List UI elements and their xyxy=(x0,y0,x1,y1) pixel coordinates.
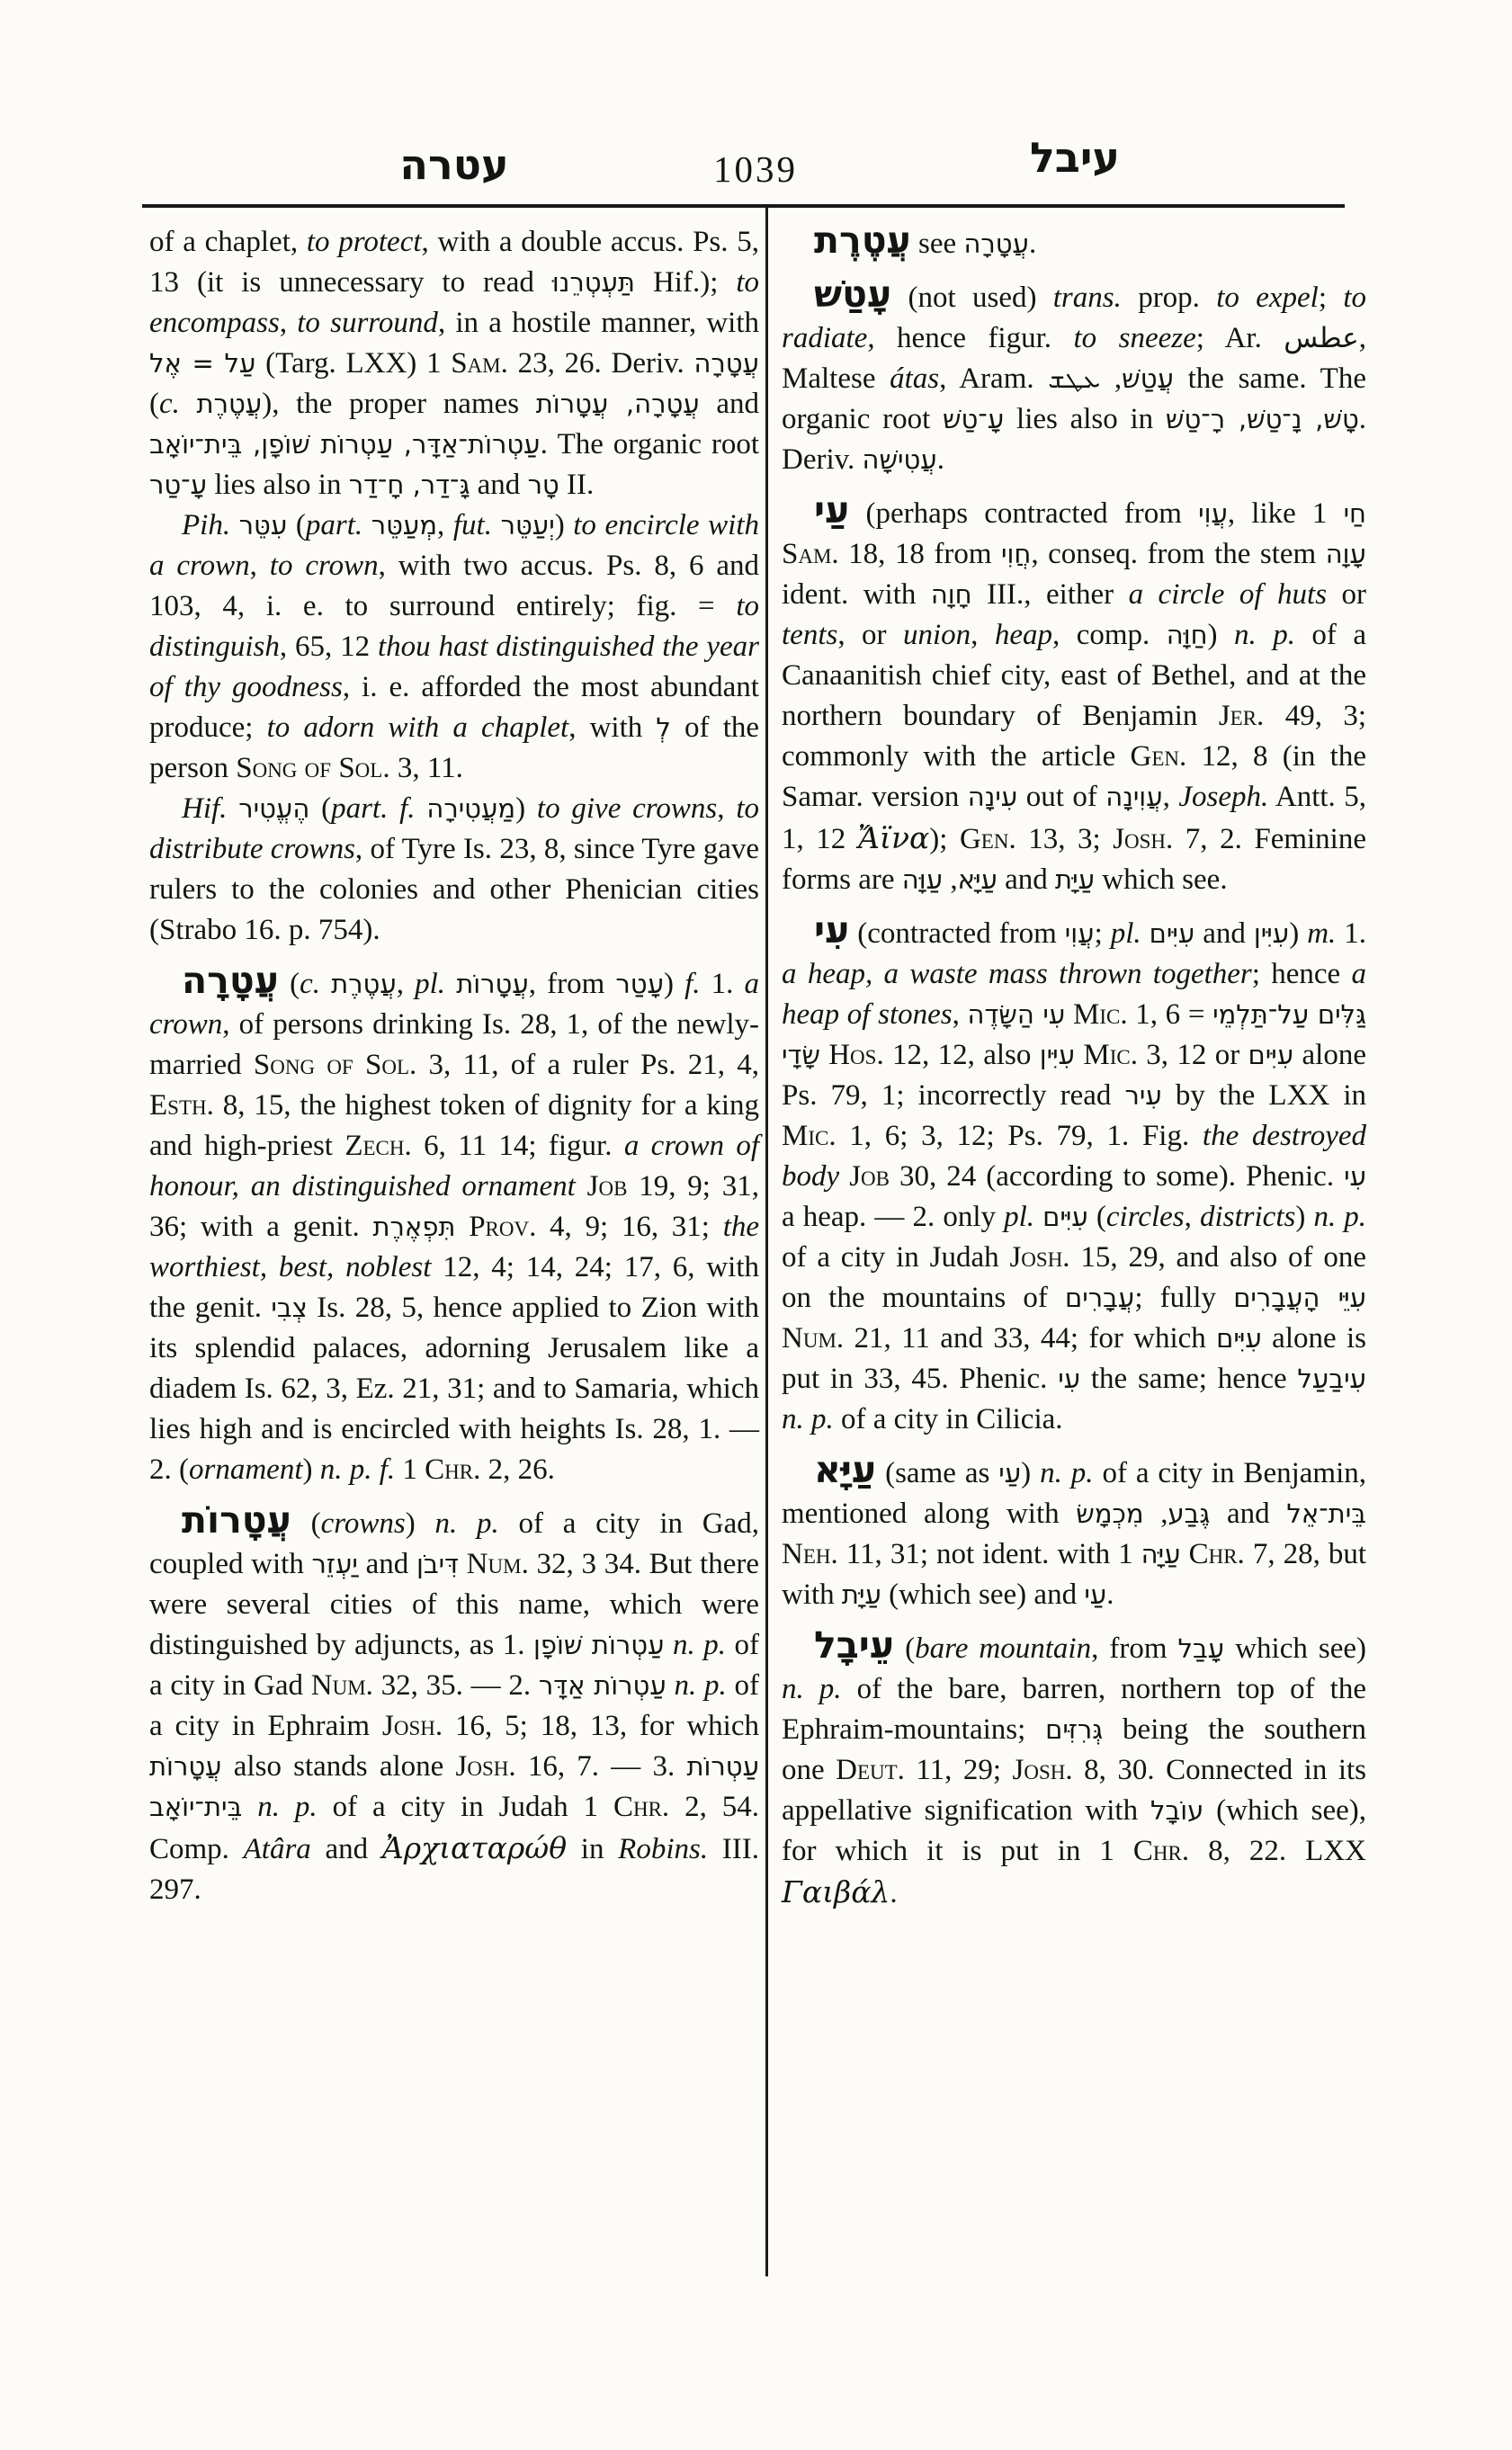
text-run: ( xyxy=(287,509,306,541)
hebrew-run: עִינָה xyxy=(968,782,1017,812)
text-run: ) xyxy=(1208,619,1234,651)
text-run xyxy=(362,509,371,541)
hebrew-run: עַיָּת xyxy=(842,1579,881,1610)
hebrew-run: גָּ־דַר, חָ־דַר xyxy=(349,469,470,500)
bible-ref: Num. xyxy=(782,1322,844,1355)
bible-ref: Song of Sol. xyxy=(236,752,389,784)
text-run: , 65, 12 xyxy=(280,630,378,663)
hebrew-run: דִּיבֹן xyxy=(416,1549,459,1579)
text-run: 11, 31; not ident. with xyxy=(838,1538,1118,1570)
italic-run: átas xyxy=(890,362,939,395)
text-run: ); xyxy=(929,823,960,855)
text-run xyxy=(230,509,239,541)
text-run xyxy=(1141,917,1150,950)
italic-run: pl. xyxy=(1004,1201,1034,1233)
text-run: 6, 11 14; figur. xyxy=(412,1130,624,1162)
text-run: , Aram. xyxy=(939,362,1048,395)
text-run: 4, 9; 16, 31; xyxy=(536,1211,722,1243)
hebrew-run: עֲוִינָה xyxy=(1105,782,1162,812)
hebrew-run: עַוָּה xyxy=(902,864,943,895)
paragraph: Pih. עִטֵּר (part. מְעַטֵּר, fut. יְעַטֵ… xyxy=(149,505,759,789)
text-run: , xyxy=(717,792,736,825)
text-run: 12, 12, also xyxy=(884,1039,1040,1071)
italic-run: c. xyxy=(159,388,180,420)
text-run: and xyxy=(358,1548,416,1580)
hebrew-run: עִטֵּר xyxy=(239,510,288,541)
bible-ref: Hos. xyxy=(828,1039,883,1071)
text-run: 2, 26. xyxy=(480,1453,555,1486)
hebrew-run: עֲטֶרֶת xyxy=(197,389,263,419)
text-run: 1. xyxy=(1336,917,1366,950)
hebrew-run: חֲוִי xyxy=(1001,539,1031,569)
italic-run: to expel xyxy=(1216,282,1319,314)
bible-ref: Song of Sol. xyxy=(254,1049,416,1081)
text-run: II. xyxy=(559,469,594,501)
hebrew-run: תִּפְאֶרֶת xyxy=(373,1212,456,1242)
text-run: 23, 26. Deriv. xyxy=(508,347,694,380)
entry-paragraph: עֲטָרָה (c. עֲטֶרֶת, pl. עֲטָרוֹת, from … xyxy=(149,962,759,1490)
italic-run: a heap, a waste mass thrown together xyxy=(782,958,1252,990)
hebrew-run: עֲטֶרֶת xyxy=(331,969,397,999)
bible-ref: Num. xyxy=(311,1669,373,1702)
text-run: lies also in xyxy=(207,469,349,501)
italic-run: circles xyxy=(1106,1201,1185,1233)
text-run: and xyxy=(1194,917,1254,950)
text-run: 8, 22. LXX xyxy=(1189,1835,1366,1867)
bible-ref: Gen. xyxy=(1131,740,1187,773)
bible-ref: Josh. xyxy=(382,1710,443,1742)
text-run: (contracted from xyxy=(849,917,1064,950)
italic-run: part. f. xyxy=(331,792,415,825)
bible-ref: Chr. xyxy=(425,1453,480,1486)
running-head-right: עיבל xyxy=(962,137,1187,178)
text-run: ; Ar. xyxy=(1196,322,1284,354)
hebrew-run: יַעְזֵר xyxy=(312,1549,358,1579)
hebrew-run: עִי xyxy=(1058,1364,1080,1394)
hebrew-run: עִי הַשָּׂדֶה xyxy=(968,999,1066,1030)
italic-run: pl. xyxy=(415,968,445,1000)
hebrew-run: יְעַטֵּר xyxy=(501,510,555,541)
hebrew-run: עִי xyxy=(1344,1161,1366,1192)
bible-ref: Esth. xyxy=(149,1089,214,1122)
bible-ref: Gen. xyxy=(960,823,1016,855)
hebrew-run: עַטְרוֹת אַדָּר xyxy=(539,1670,667,1701)
text-run: and xyxy=(998,863,1055,896)
text-run: 30, 24 (according to some). Phenic. xyxy=(890,1160,1344,1193)
hebrew-headword: עַי xyxy=(814,488,849,532)
italic-run: to give crowns xyxy=(537,792,717,825)
hebrew-run: עֲטָרָה xyxy=(693,348,759,379)
text-run: ident. with xyxy=(782,578,931,611)
text-run: , xyxy=(1163,781,1179,813)
hebrew-headword: עֲטֶרֶת xyxy=(814,219,911,262)
italic-run: Joseph. xyxy=(1178,781,1268,813)
italic-run: bare mountain xyxy=(915,1632,1091,1665)
text-run: and xyxy=(470,469,527,501)
bible-ref: Josh. xyxy=(1013,1754,1073,1786)
text-run: (not used) xyxy=(891,282,1053,314)
text-run: 21, 11 and 33, 44; for which xyxy=(844,1322,1216,1355)
bible-ref: Josh. xyxy=(1009,1241,1069,1274)
text-run: ( xyxy=(149,388,159,420)
text-run: 3, 11, of a ruler Ps. 21, 4, xyxy=(416,1049,759,1081)
text-run: and xyxy=(700,388,759,420)
bible-ref: Num. xyxy=(467,1548,529,1580)
text-run: ), the proper names xyxy=(262,388,536,420)
text-run: , xyxy=(971,619,995,651)
italic-run: n. p. f. xyxy=(320,1453,395,1486)
syriac-run: ܥܛܫ xyxy=(1048,363,1100,394)
text-run: of a city in Judah 1 xyxy=(318,1791,613,1823)
italic-run: union xyxy=(903,619,971,651)
header-rule xyxy=(142,204,1345,208)
hebrew-run: עַי xyxy=(1084,1579,1106,1610)
text-run: 1, 6 = xyxy=(1128,998,1212,1031)
text-run: 32, 35. — 2. xyxy=(373,1669,539,1702)
text-run: in xyxy=(567,1833,618,1865)
text-run: , from xyxy=(1091,1632,1177,1665)
hebrew-run: עִיִּים xyxy=(1216,1323,1262,1354)
italic-run: m. xyxy=(1307,917,1336,950)
text-run: ) xyxy=(1021,1457,1040,1489)
bible-ref: Chr. xyxy=(1189,1538,1245,1570)
right-column: עֲטֶרֶת see עֲטָרָה.עָטַשׁ (not used) tr… xyxy=(782,222,1366,1914)
text-run: , xyxy=(1185,1201,1200,1233)
text-run: of a city in Cilicia. xyxy=(834,1403,1063,1435)
italic-run: n. p. xyxy=(257,1791,317,1823)
bible-ref: Deut. xyxy=(836,1754,905,1786)
paragraph: of a chaplet, to protect, with a double … xyxy=(149,222,759,505)
hebrew-run: עַי xyxy=(998,1458,1021,1489)
text-run: which see. xyxy=(1095,863,1228,896)
italic-run: Pih. xyxy=(182,509,230,541)
hebrew-headword: עִי xyxy=(814,908,849,952)
hebrew-run: עַיָּה xyxy=(1141,1539,1181,1569)
text-run: 16, 7. — 3. xyxy=(516,1750,687,1783)
entry-paragraph: עִי (contracted from עֲוִי; pl. עִיִּים … xyxy=(782,912,1366,1440)
text-run: a heap. — 2. only xyxy=(782,1201,1004,1233)
left-column: of a chaplet, to protect, with a double … xyxy=(149,222,759,1910)
hebrew-headword: עֵיבָל xyxy=(814,1623,894,1667)
text-run: . The organic root xyxy=(541,428,759,460)
text-run: (same as xyxy=(876,1457,998,1489)
hebrew-run: צְבִי xyxy=(271,1292,307,1323)
running-head-left: עטרה xyxy=(342,144,567,185)
entry-paragraph: עֲטָרוֹת (crowns) n. p. of a city in Gad… xyxy=(149,1502,759,1910)
text-run: 3, 11. xyxy=(390,752,463,784)
hebrew-headword: עָטַשׁ xyxy=(814,273,891,316)
hebrew-headword: עֲטָרָה xyxy=(182,959,279,1002)
text-run: 1 xyxy=(395,1453,425,1486)
text-run: , xyxy=(437,509,453,541)
hebrew-run: עֲטִישָׁה xyxy=(863,444,937,475)
italic-run: Atâra xyxy=(244,1833,311,1865)
text-run: also stands alone xyxy=(222,1750,456,1783)
arabic-run: عطس xyxy=(1284,322,1358,354)
text-run xyxy=(455,1211,469,1243)
text-run: of a chaplet, xyxy=(149,226,307,258)
text-run: ( xyxy=(1088,1201,1106,1233)
italic-run: a circle of huts xyxy=(1129,578,1327,611)
text-run: . xyxy=(937,443,944,476)
bible-ref: Prov. xyxy=(469,1211,536,1243)
text-run xyxy=(839,1160,849,1193)
page-number: 1039 xyxy=(684,151,828,188)
italic-run: to adorn with a chaplet xyxy=(267,711,569,744)
text-run xyxy=(320,968,331,1000)
text-run: ; xyxy=(1319,282,1343,314)
entry-paragraph: עָטַשׁ (not used) trans. prop. to expel;… xyxy=(782,276,1366,480)
entry-paragraph: עֵיבָל (bare mountain, from עָבַל which … xyxy=(782,1627,1366,1914)
entry-paragraph: עֲטֶרֶת see עֲטָרָה. xyxy=(782,222,1366,264)
italic-run: fut. xyxy=(453,509,492,541)
hebrew-run: עֲוִי xyxy=(1065,918,1095,949)
italic-run: crowns xyxy=(321,1507,406,1540)
italic-run: part. xyxy=(306,509,362,541)
text-run: 18, 18 from xyxy=(839,538,1001,570)
bible-ref: Job xyxy=(587,1170,628,1203)
text-run: ( xyxy=(279,968,300,1000)
italic-run: Robins. xyxy=(618,1833,708,1865)
bible-ref: Jer. xyxy=(1219,700,1264,732)
text-run: . xyxy=(890,1877,897,1909)
text-run: of a city in Judah xyxy=(782,1241,1009,1274)
italic-run: to protect xyxy=(307,226,422,258)
text-run: , in a hostile manner, with xyxy=(438,307,759,339)
hebrew-run: עִיֵּי הָעֲבָרִים xyxy=(1233,1283,1366,1313)
hebrew-run: עֲטַשׁ xyxy=(1122,363,1174,394)
hebrew-run: עִיִּין xyxy=(1254,918,1289,949)
text-run xyxy=(820,1039,828,1071)
bible-ref: Chr. xyxy=(613,1791,669,1823)
entry-paragraph: עַי (perhaps contracted from עֲוִי, like… xyxy=(782,492,1366,900)
hebrew-run: חַוָּה xyxy=(1167,620,1208,650)
text-run: out of xyxy=(1017,781,1105,813)
text-run: , from xyxy=(529,968,616,1000)
italic-run: pl. xyxy=(1111,917,1141,950)
text-run xyxy=(416,792,427,825)
hebrew-run: עֲוִי xyxy=(1198,498,1228,529)
italic-run: n. p. xyxy=(1313,1201,1366,1233)
text-run xyxy=(227,792,238,825)
italic-run: n. p. xyxy=(782,1403,834,1435)
text-run: prop. xyxy=(1122,282,1216,314)
text-run: ( xyxy=(291,1507,321,1540)
italic-run: to sneeze xyxy=(1074,322,1196,354)
greek-run: Ἀρχιαταρώθ xyxy=(382,1830,567,1865)
hebrew-run: עֲטָרָה xyxy=(963,228,1029,259)
hebrew-run: גְּרִזִּים xyxy=(1045,1714,1103,1745)
bible-ref: Neh. xyxy=(782,1538,838,1570)
hebrew-run: עָוָה xyxy=(1326,539,1366,569)
hebrew-run: טָשׁ, נָ־טַשׁ, רָ־טַשׁ xyxy=(1166,404,1359,434)
italic-run: tents xyxy=(782,619,837,651)
text-run: 1, 6; 3, 12; Ps. 79, 1. Fig. xyxy=(837,1120,1203,1152)
paragraph: Hif. הֶעֱטִיר (part. f. מַעֲטִירָה) to g… xyxy=(149,789,759,951)
bible-ref: Zech. xyxy=(344,1130,411,1162)
text-run: ; fully xyxy=(1134,1282,1233,1314)
bible-ref: Mic. xyxy=(1083,1039,1138,1071)
text-run: lies also in xyxy=(1004,403,1166,435)
greek-run: Γαιβάλ xyxy=(782,1874,890,1909)
text-run: III., either xyxy=(972,578,1129,611)
text-run: and xyxy=(311,1833,382,1865)
text-run: ) xyxy=(664,968,684,1000)
text-run: (which see) and xyxy=(881,1578,1084,1611)
text-run xyxy=(665,1629,674,1661)
italic-run: to crown xyxy=(270,550,379,582)
text-run: the same; hence xyxy=(1080,1363,1297,1395)
hebrew-run: עֲבָרִים xyxy=(1065,1283,1134,1313)
column-divider xyxy=(765,208,768,2276)
hebrew-run: גֶּבַע xyxy=(1168,1498,1210,1529)
text-run: which see) xyxy=(1224,1632,1366,1665)
italic-run: districts xyxy=(1200,1201,1295,1233)
hebrew-run: טָר xyxy=(528,469,559,500)
italic-run: n. p. xyxy=(782,1673,842,1705)
italic-run: f. xyxy=(684,968,700,1000)
text-run: ) xyxy=(303,1453,320,1486)
hebrew-run: עוֹבָל xyxy=(1150,1795,1203,1826)
text-run: ( xyxy=(309,792,331,825)
italic-run: n. p. xyxy=(434,1507,498,1540)
hebrew-run: עִיִּים xyxy=(1150,918,1195,949)
dictionary-page: עטרה 1039 עיבל of a chaplet, to protect,… xyxy=(0,0,1512,2450)
text-run: 11, 29; xyxy=(905,1754,1013,1786)
bible-ref: Sam. xyxy=(782,538,839,570)
hebrew-run: לְ xyxy=(656,712,670,743)
italic-run: Hif. xyxy=(182,792,227,825)
hebrew-run: עִיבַעַל xyxy=(1297,1364,1366,1394)
text-run: , or xyxy=(837,619,903,651)
text-run: , xyxy=(280,307,297,339)
text-run: ) xyxy=(1289,917,1307,950)
text-run: (perhaps contracted from xyxy=(849,497,1198,530)
text-run: see xyxy=(911,228,964,260)
text-run: ) xyxy=(555,509,574,541)
hebrew-run: עַטְרוֹת שׁוֹפָן xyxy=(533,1630,665,1660)
text-run: ; hence xyxy=(1252,958,1352,990)
italic-run: c. xyxy=(300,968,320,1000)
bible-ref: Mic. xyxy=(1073,998,1128,1031)
hebrew-run: הֶעֱטִיר xyxy=(238,793,309,824)
hebrew-run: חַי xyxy=(1344,498,1366,529)
text-run xyxy=(1034,1201,1042,1233)
hebrew-run: עֲטָרָה, עֲטָרוֹת xyxy=(536,389,700,419)
hebrew-run: עִיר xyxy=(1125,1080,1162,1111)
italic-run: n. p. xyxy=(1234,619,1295,651)
hebrew-run: עֲטָרוֹת xyxy=(149,1751,222,1782)
text-run: (Targ. LXX) 1 xyxy=(255,347,451,380)
text-run: 16, 5; 18, 13, for which xyxy=(443,1710,759,1742)
text-run: by the LXX in xyxy=(1162,1079,1366,1112)
hebrew-run: עָ־טַשׁ xyxy=(943,404,1004,434)
text-run: 1. xyxy=(701,968,745,1000)
text-run xyxy=(1075,1039,1083,1071)
hebrew-run: עֲטָרוֹת xyxy=(456,969,529,999)
text-run xyxy=(242,1791,257,1823)
hebrew-run: עִיִּים xyxy=(1248,1040,1294,1070)
hebrew-run: עַיָּת xyxy=(1055,864,1095,895)
bible-ref: Chr. xyxy=(1133,1835,1189,1867)
text-run: , hence figur. xyxy=(867,322,1073,354)
entry-paragraph: עַיָּא (same as עַי) n. p. of a city in … xyxy=(782,1452,1366,1615)
text-run xyxy=(1065,998,1073,1031)
hebrew-run: עַל = אֶל xyxy=(149,348,255,379)
text-run: , xyxy=(1100,362,1122,395)
italic-run: ornament xyxy=(189,1453,303,1486)
hebrew-run: עַיָּא xyxy=(958,864,998,895)
hebrew-run: בֵּית־אֵל xyxy=(1286,1498,1366,1529)
text-run: ( xyxy=(894,1632,915,1665)
text-run: 13, 3; xyxy=(1016,823,1113,855)
text-run xyxy=(667,1669,675,1702)
text-run: , xyxy=(1144,1498,1168,1530)
italic-run: n. p. xyxy=(1040,1457,1093,1489)
hebrew-run: עָ־טַר xyxy=(149,469,207,500)
italic-run: n. p. xyxy=(675,1669,727,1702)
text-run: , xyxy=(397,968,415,1000)
text-run: , xyxy=(250,550,270,582)
hebrew-run: עָטַר xyxy=(615,969,664,999)
italic-run: n. p. xyxy=(673,1629,726,1661)
hebrew-run: מְעַטֵּר xyxy=(371,510,437,541)
text-run: ; xyxy=(1095,917,1111,950)
bible-ref: Josh. xyxy=(1113,823,1173,855)
bible-ref: Job xyxy=(849,1160,890,1193)
text-run: . xyxy=(1029,228,1036,260)
text-run: ) xyxy=(515,792,537,825)
text-run: 3, 12 or xyxy=(1138,1039,1248,1071)
text-run: , like xyxy=(1228,497,1312,530)
text-run xyxy=(459,1548,467,1580)
text-run xyxy=(445,968,456,1000)
text-run: , xyxy=(953,998,968,1031)
bible-ref: Mic. xyxy=(782,1120,837,1152)
hebrew-run: חָוָה xyxy=(931,579,972,610)
text-run: or xyxy=(1327,578,1366,611)
hebrew-run: עָבַל xyxy=(1178,1633,1225,1664)
text-run xyxy=(576,1170,587,1203)
text-run: . xyxy=(1106,1578,1114,1611)
italic-run: to surround xyxy=(297,307,438,339)
text-run xyxy=(492,509,501,541)
hebrew-run: מַעֲטִירָה xyxy=(426,793,515,824)
hebrew-run: תַּעְטְרֵנוּ xyxy=(552,267,635,298)
text-run: and xyxy=(1210,1498,1286,1530)
text-run: 1 xyxy=(1312,497,1344,530)
bible-ref: Josh. xyxy=(456,1750,516,1783)
text-run: ) xyxy=(406,1507,435,1540)
hebrew-headword: עַיָּא xyxy=(814,1448,876,1491)
text-run: , comp. xyxy=(1052,619,1167,651)
text-run: ) xyxy=(1295,1201,1313,1233)
italic-run: trans. xyxy=(1053,282,1122,314)
text-run: Hif.); xyxy=(635,266,736,299)
greek-run: Ἄϊνα xyxy=(858,820,930,855)
hebrew-run: עִיִּים xyxy=(1042,1202,1088,1232)
hebrew-headword: עֲטָרוֹת xyxy=(182,1498,291,1542)
hebrew-run: עִיִּין xyxy=(1040,1040,1075,1070)
hebrew-run: מִכְמָשׂ xyxy=(1076,1498,1143,1529)
bible-ref: Sam. xyxy=(451,347,508,380)
text-run: , with xyxy=(568,711,656,744)
italic-run: heap xyxy=(995,619,1052,651)
text-run: , conseq. from the stem xyxy=(1031,538,1325,570)
text-run xyxy=(180,388,197,420)
hebrew-run: עַטְרוֹת־אַדָּר, עַטְרוֹת שׁוֹפָן, בֵּית… xyxy=(149,429,541,460)
text-run: , xyxy=(943,863,958,896)
